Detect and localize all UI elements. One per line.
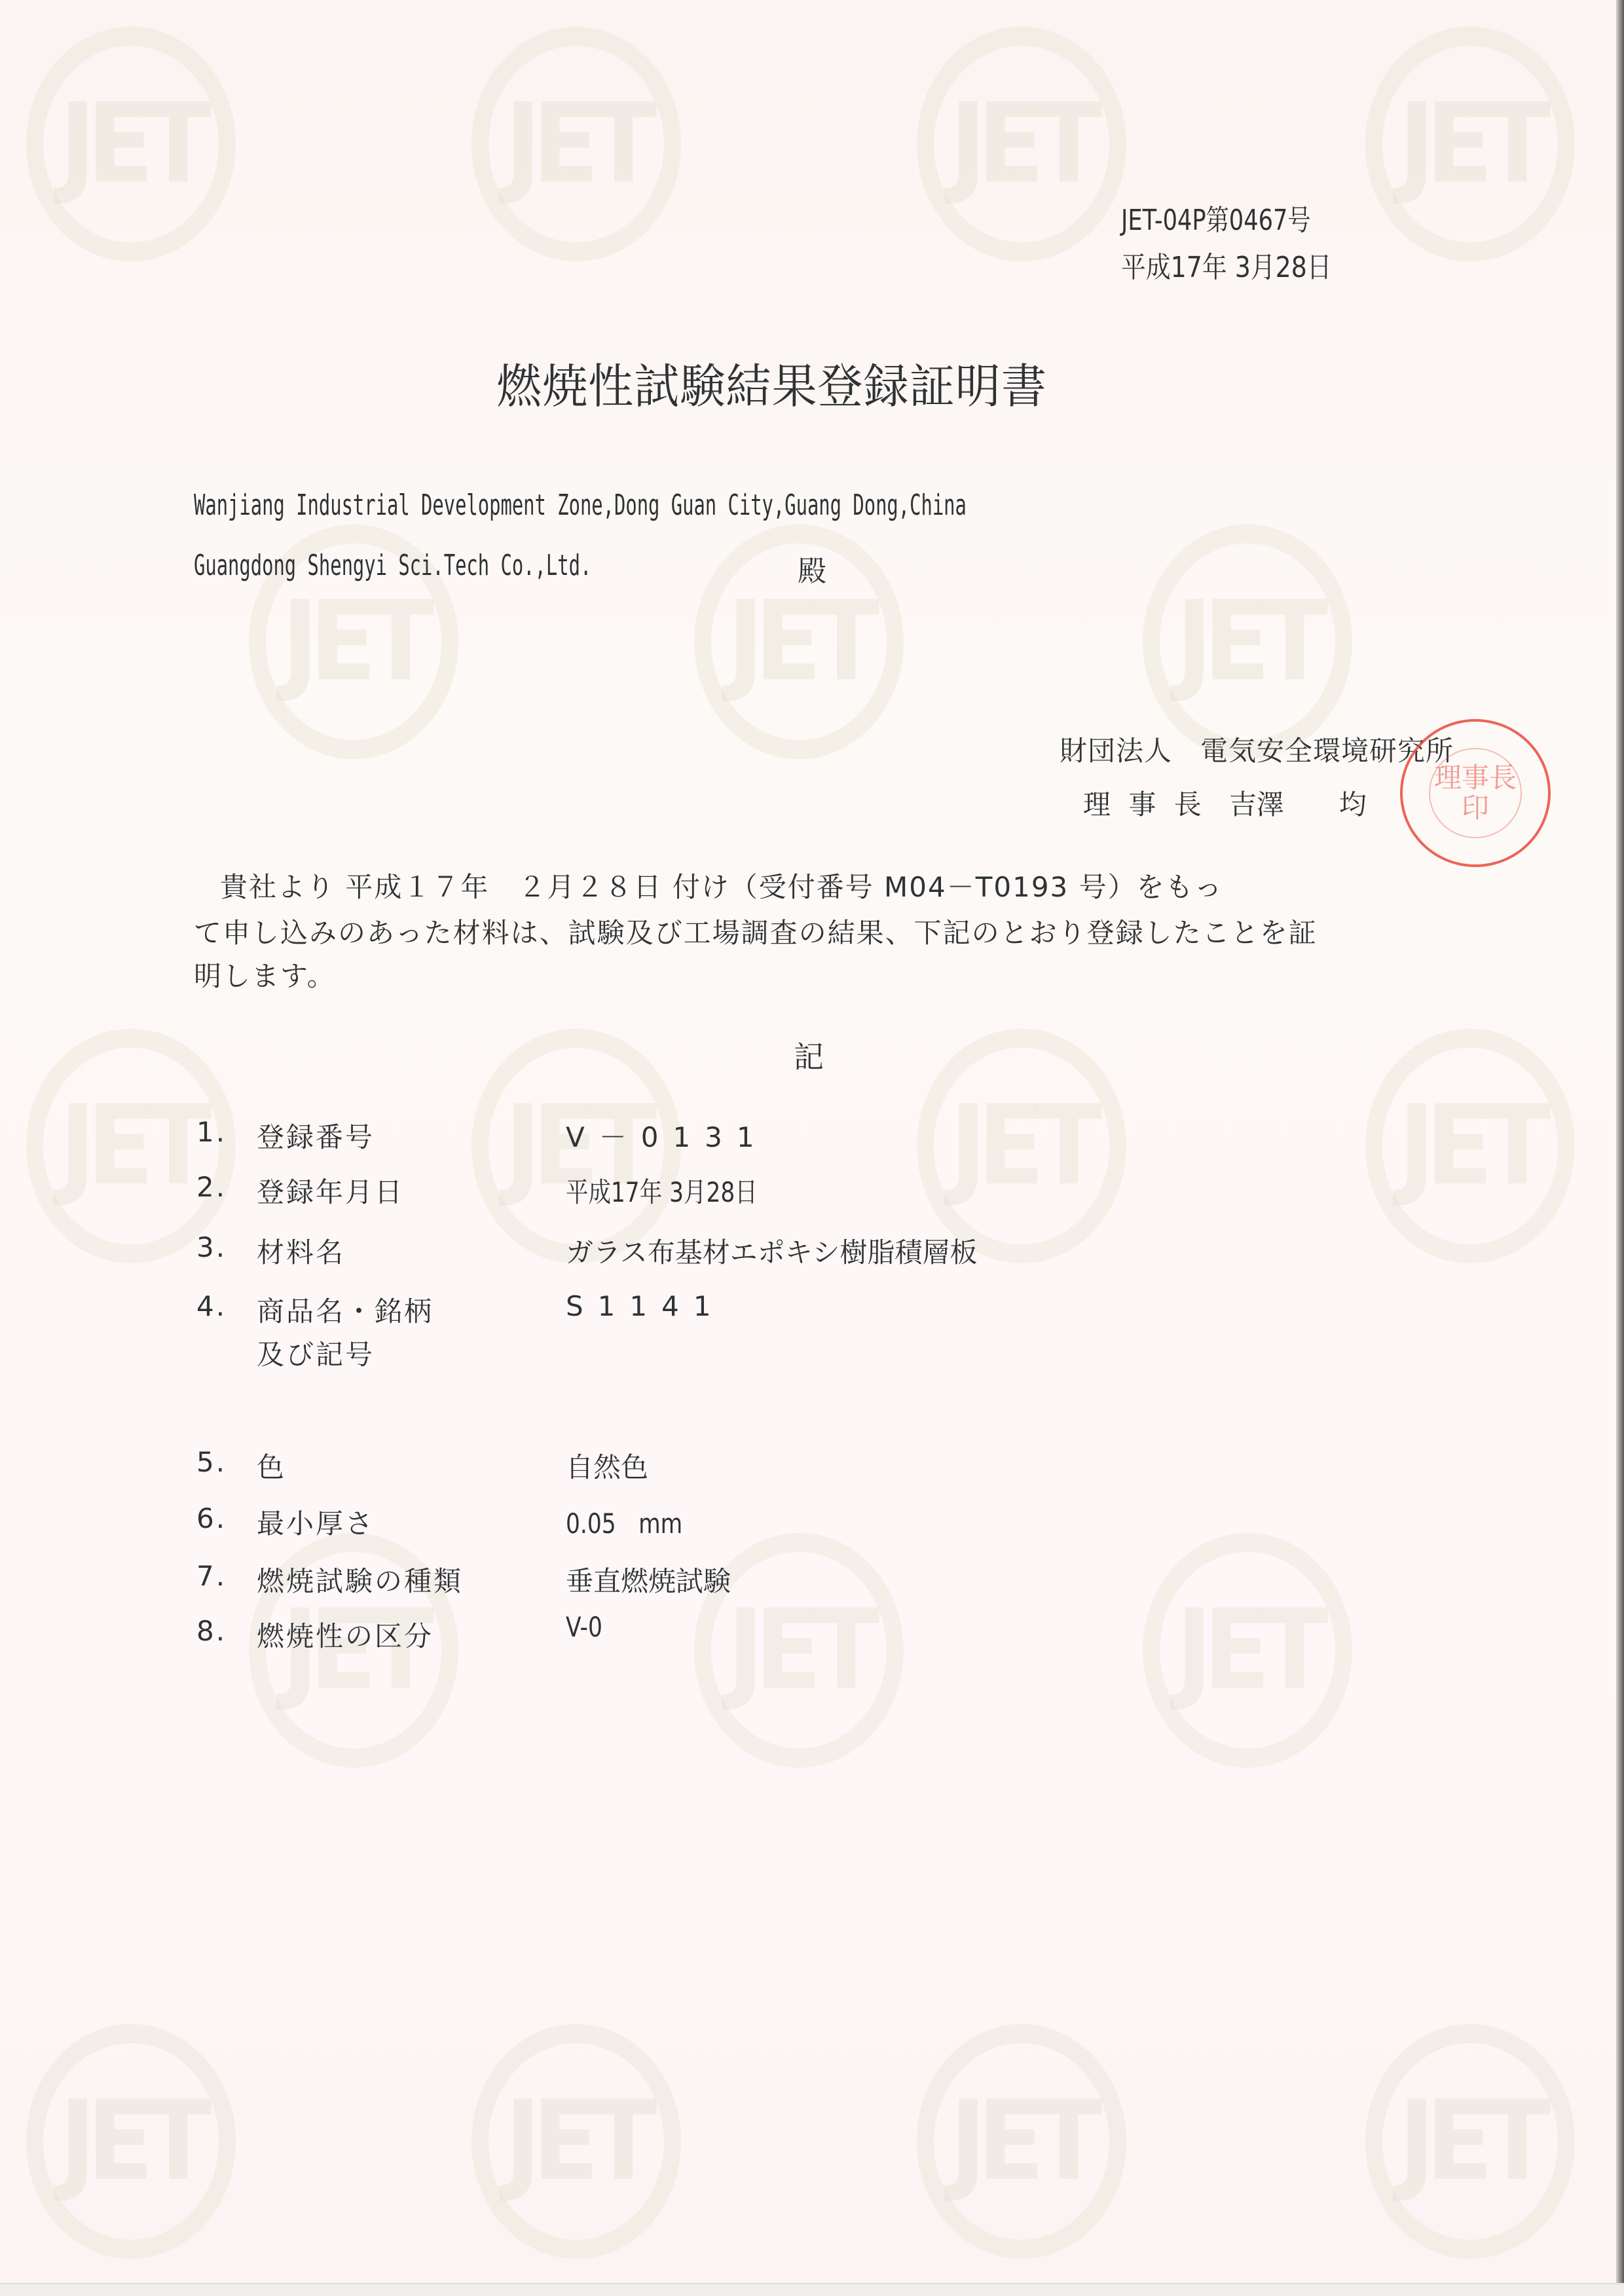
issuer-organization: 財団法人 電気安全環境研究所 [1060,730,1454,769]
body-text-line: 明します。 [194,955,336,994]
jet-watermark-logo: JET [917,2024,1126,2259]
item-value: ガラス布基材エポキシ樹脂積層板 [566,1231,977,1270]
jet-watermark-logo: JET [1365,27,1575,261]
item-number: 1. [196,1116,227,1148]
document-title: 燃焼性試験結果登録証明書 [496,348,1047,417]
item-label: 材料名 [257,1231,345,1270]
body-text-line: て申し込みのあった材料は、試験及び工場調査の結果、下記のとおり登録したことを証 [194,912,1318,951]
item-label: 登録番号 [257,1116,375,1155]
item-value: 0.05 mm [566,1502,682,1542]
item-number: 8. [196,1615,227,1647]
issuer-chairman: 理 事 長 吉澤 均 [1083,783,1367,823]
item-number: 4. [196,1290,227,1322]
jet-watermark-logo: JET [26,2024,236,2259]
scan-edge-bottom [0,2283,1624,2296]
item-label: 燃焼性の区分 [257,1615,434,1654]
body-text-line: 貴社より 平成１７年 ２月２８日 付け（受付番号 M04－T0193 号）をもっ [220,866,1223,905]
jet-watermark-logo: JET [1365,1029,1575,1263]
jet-watermark-logo: JET [26,27,236,261]
recipient-address: Wanjiang Industrial Development Zone,Don… [194,489,967,522]
certificate-page: JET JET JET JET JET JET JET JET JET JET … [0,0,1617,2286]
jet-watermark-logo: JET [917,27,1126,261]
jet-watermark-logo: JET [1143,525,1352,759]
item-value: V-0 [566,1611,602,1643]
item-label: 登録年月日 [257,1171,404,1210]
seal-text: 理事長印 [1429,748,1522,838]
item-value: 平成17年 3月28日 [566,1171,758,1210]
item-label-line2: 及び記号 [257,1333,375,1373]
item-label: 燃焼試験の種類 [257,1560,463,1599]
recipient-honorific: 殿 [798,547,826,589]
official-seal-stamp: 理事長印 [1400,719,1551,867]
recipient-company: Guangdong Shengyi Sci.Tech Co.,Ltd. [194,549,591,582]
item-number: 7. [196,1560,227,1592]
item-number: 5. [196,1446,227,1478]
jet-watermark-logo: JET [471,2024,681,2259]
scan-edge-right [1616,0,1624,2296]
item-number: 6. [196,1502,227,1534]
jet-watermark-logo: JET [917,1029,1126,1263]
reference-number: JET-04P第0467号 [1121,196,1311,238]
item-number: 3. [196,1231,227,1263]
item-value: V－0131 [566,1116,769,1155]
jet-watermark-logo: JET [1365,2024,1575,2259]
issue-date: 平成17年 3月28日 [1121,244,1332,286]
item-label: 最小厚さ [257,1502,375,1542]
item-label: 色 [257,1446,286,1485]
section-heading: 記 [794,1033,824,1077]
item-value: 垂直燃焼試験 [566,1560,731,1599]
item-value: 自然色 [566,1446,648,1485]
jet-watermark-logo: JET [1143,1533,1352,1768]
item-value: S1141 [566,1290,726,1322]
jet-watermark-logo: JET [471,27,681,261]
item-label: 商品名・銘柄 [257,1290,434,1329]
item-number: 2. [196,1171,227,1203]
